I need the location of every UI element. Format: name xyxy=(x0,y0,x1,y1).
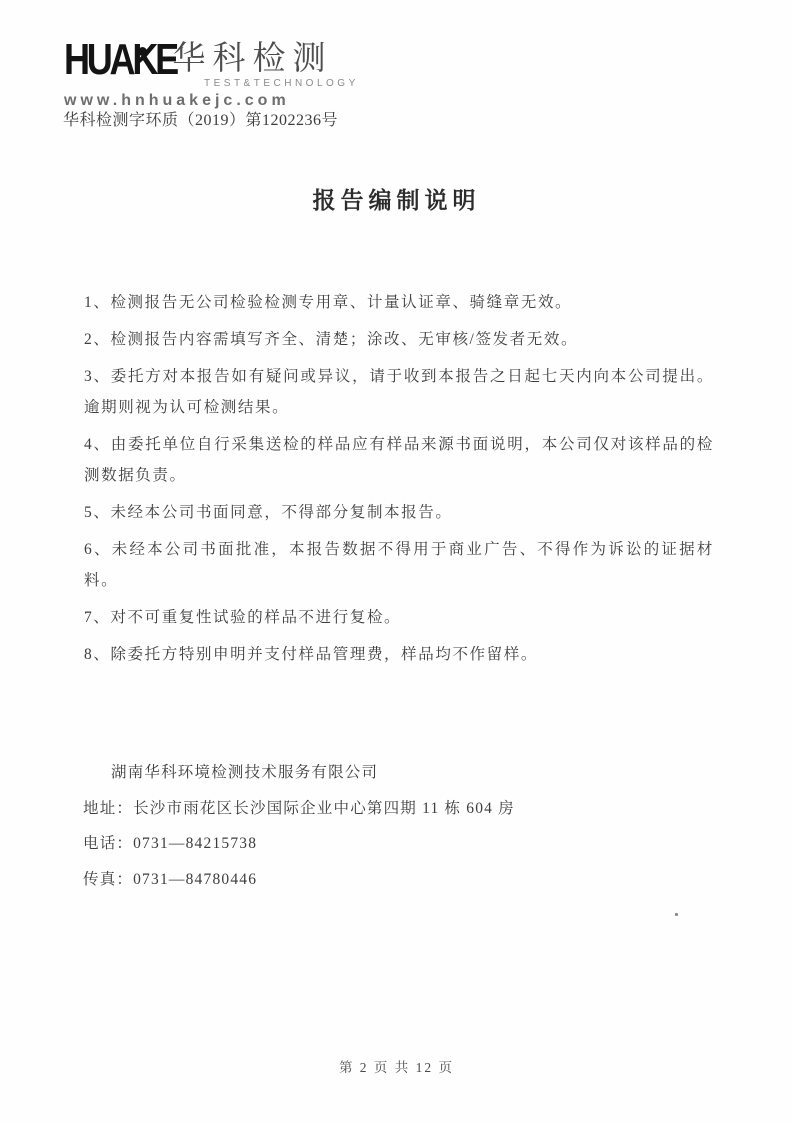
company-address: 地址：长沙市雨花区长沙国际企业中心第四期 11 栋 604 房 xyxy=(83,798,643,819)
note-item-1: 1、检测报告无公司检验检测专用章、计量认证章、骑缝章无效。 xyxy=(84,287,714,318)
company-name: 湖南华科环境检测技术服务有限公司 xyxy=(83,762,643,783)
company-logo: HUAKE 华科检测 TEST&TECHNOLOGY www.hnhuakejc… xyxy=(64,40,394,110)
note-item-5: 5、未经本公司书面同意，不得部分复制本报告。 xyxy=(84,497,714,528)
page-number-indicator: 第 2 页 共 12 页 xyxy=(0,1056,793,1076)
page-title: 报告编制说明 xyxy=(0,182,793,215)
note-item-8: 8、除委托方特别申明并支付样品管理费，样品均不作留样。 xyxy=(84,639,714,670)
report-certificate-number: 华科检测字环质（2019）第1202236号 xyxy=(63,107,338,130)
note-item-6: 6、未经本公司书面批准，本报告数据不得用于商业广告、不得作为诉讼的证据材料。 xyxy=(84,534,714,596)
notes-list: 1、检测报告无公司检验检测专用章、计量认证章、骑缝章无效。 2、检测报告内容需填… xyxy=(84,287,714,676)
company-fax: 传真：0731—84780446 xyxy=(83,869,643,890)
report-page: HUAKE 华科检测 TEST&TECHNOLOGY www.hnhuakejc… xyxy=(0,0,793,1122)
note-item-2: 2、检测报告内容需填写齐全、清楚；涂改、无审核/签发者无效。 xyxy=(84,324,714,355)
logo-tagline: TEST&TECHNOLOGY xyxy=(204,78,394,89)
note-item-7: 7、对不可重复性试验的样品不进行复检。 xyxy=(84,602,714,633)
logo-chinese-name: 华科检测 xyxy=(172,40,332,78)
logo-dot-icon xyxy=(138,47,147,56)
company-contact-block: 湖南华科环境检测技术服务有限公司 地址：长沙市雨花区长沙国际企业中心第四期 11… xyxy=(83,762,643,904)
huake-logotype: HUAKE xyxy=(64,40,176,80)
note-item-4: 4、由委托单位自行采集送检的样品应有样品来源书面说明，本公司仅对该样品的检测数据… xyxy=(84,429,714,491)
company-phone: 电话：0731—84215738 xyxy=(83,833,643,854)
scan-artifact-dot xyxy=(675,913,678,916)
logo-row: HUAKE 华科检测 xyxy=(64,40,394,80)
note-item-3: 3、委托方对本报告如有疑问或异议，请于收到本报告之日起七天内向本公司提出。逾期则… xyxy=(84,361,714,423)
